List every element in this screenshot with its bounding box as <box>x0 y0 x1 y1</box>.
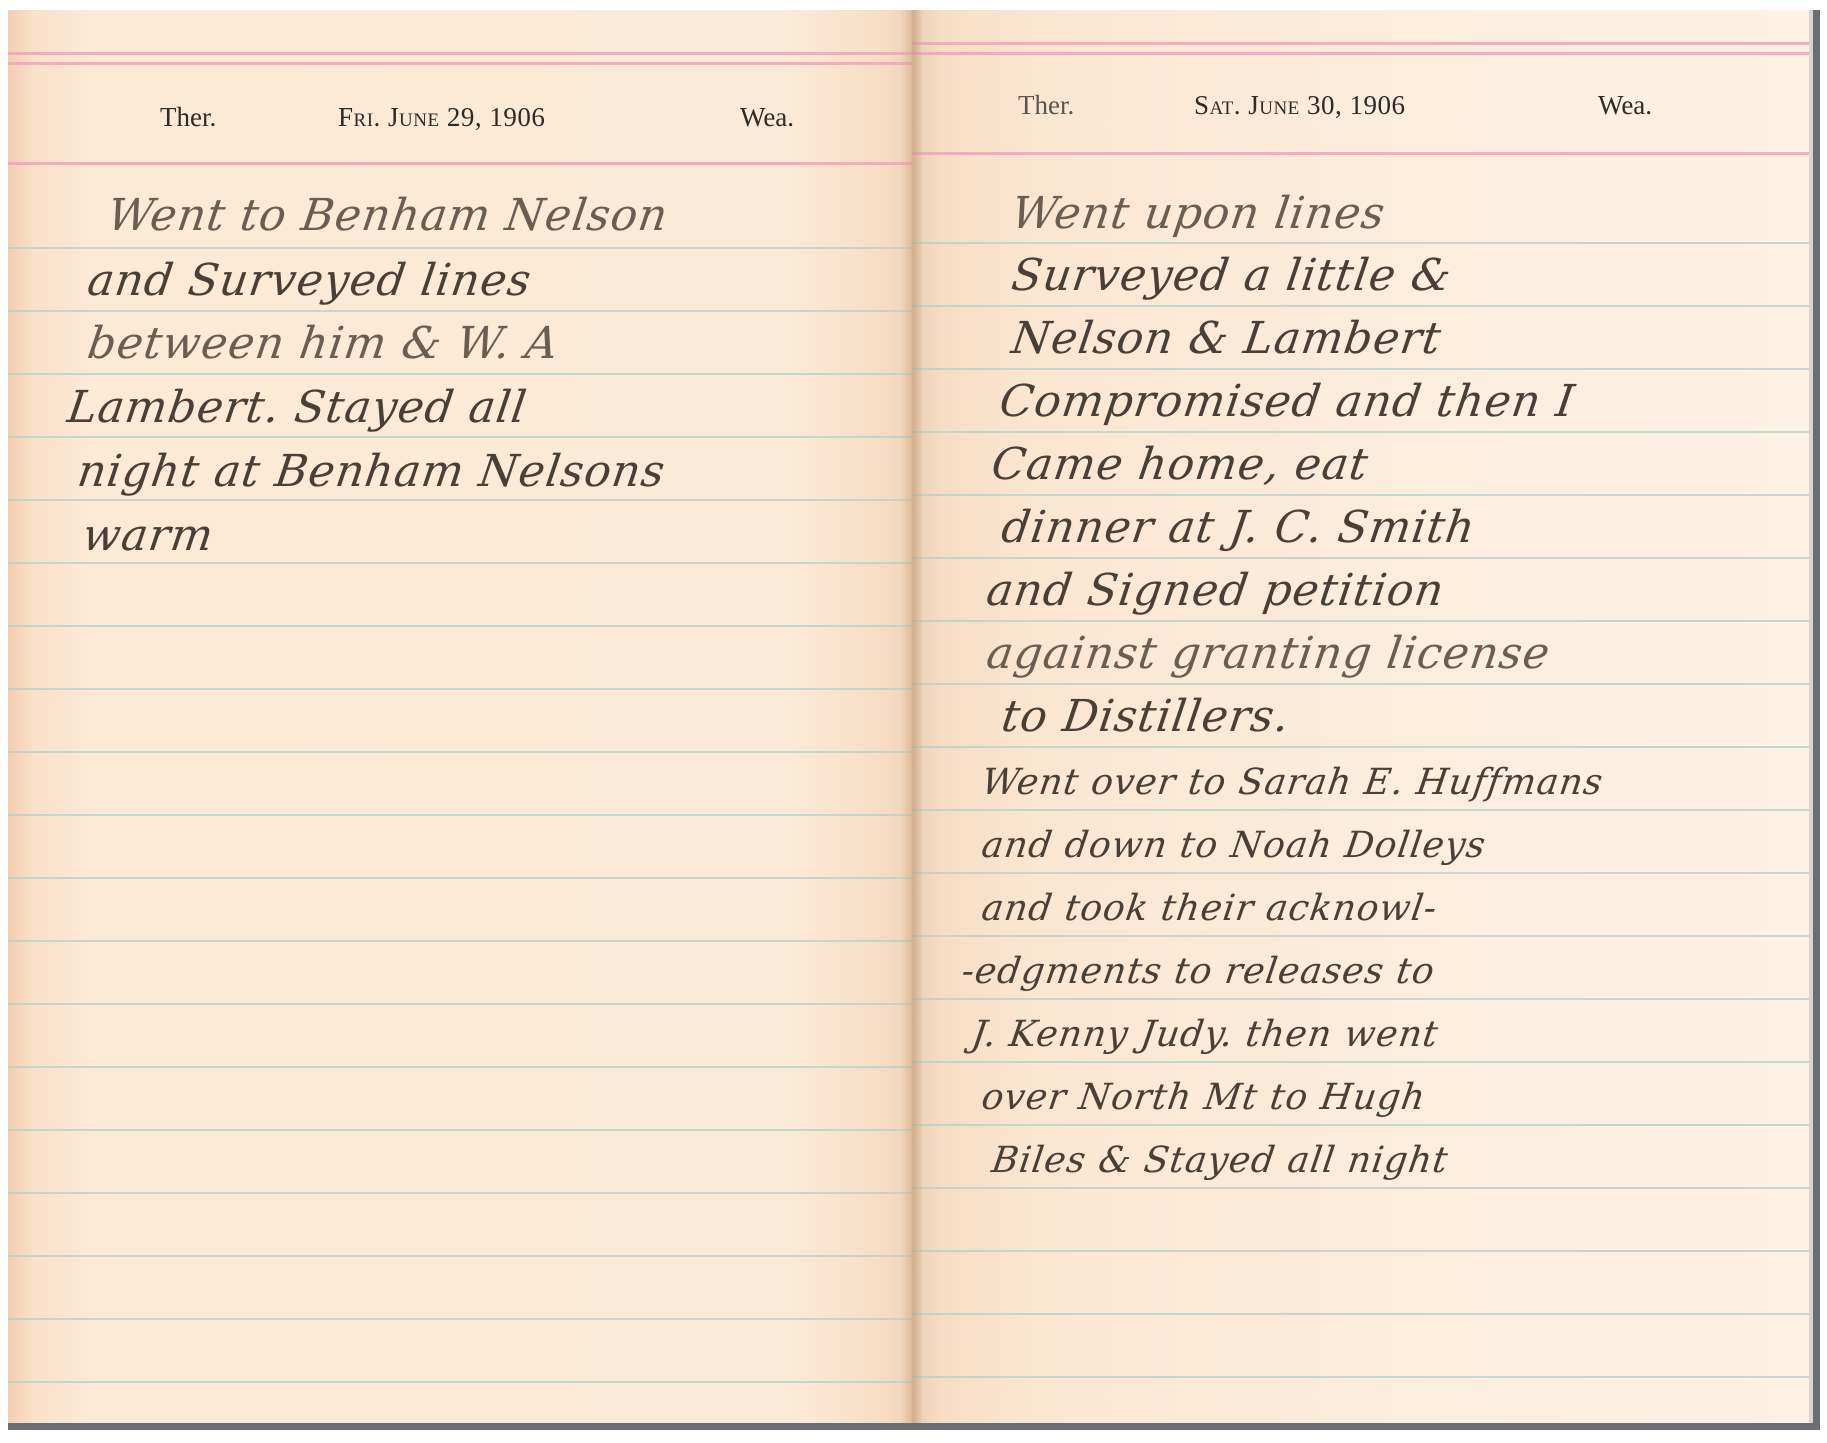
left-page: Ther. Fri. June 29, 1906 Wea. Went to Be… <box>8 10 912 1423</box>
handwritten-line: J. Kenny Judy. then went <box>969 1014 1441 1055</box>
ruled-line <box>8 1066 912 1068</box>
ruled-line <box>8 814 912 816</box>
wea-label: Wea. <box>740 102 794 133</box>
handwritten-line: dinner at J. C. Smith <box>998 502 1478 553</box>
entry-date: Sat. June 30, 1906 <box>1194 90 1406 121</box>
top-pink-rule <box>8 52 912 55</box>
right-page-header: Ther. Sat. June 30, 1906 Wea. <box>912 90 1813 130</box>
ruled-line <box>912 809 1813 811</box>
handwritten-line: Came home, eat <box>988 439 1371 490</box>
ruled-line <box>912 431 1813 433</box>
handwritten-line: -edgments to releases to <box>959 951 1438 992</box>
handwritten-line: Compromised and then I <box>996 376 1578 427</box>
header-pink-rule <box>912 152 1813 155</box>
ruled-line <box>912 683 1813 685</box>
ruled-line <box>8 310 912 312</box>
handwritten-line: Nelson & Lambert <box>1008 313 1444 364</box>
ruled-line <box>8 877 912 879</box>
handwritten-line: and down to Noah Dolleys <box>979 825 1489 866</box>
ruled-line <box>8 1318 912 1320</box>
handwritten-line: and Surveyed lines <box>84 255 534 306</box>
ruled-line <box>912 1313 1813 1315</box>
ruled-line <box>912 1124 1813 1126</box>
ruled-line <box>8 1129 912 1131</box>
handwritten-line: between him & W. A <box>84 318 562 369</box>
wea-label: Wea. <box>1598 90 1652 121</box>
ruled-line <box>8 688 912 690</box>
handwritten-line: Surveyed a little & <box>1008 250 1455 301</box>
handwritten-line: over North Mt to Hugh <box>979 1077 1428 1118</box>
ruled-line <box>8 247 912 249</box>
left-page-header: Ther. Fri. June 29, 1906 Wea. <box>8 102 912 142</box>
ruled-line <box>912 872 1813 874</box>
ruled-line <box>912 620 1813 622</box>
ruled-line <box>912 1250 1813 1252</box>
ruled-line <box>912 242 1813 244</box>
entry-date: Fri. June 29, 1906 <box>338 102 545 133</box>
handwritten-line: and Signed petition <box>983 565 1447 616</box>
diary-spread: Ther. Fri. June 29, 1906 Wea. Went to Be… <box>8 10 1820 1430</box>
ruled-line <box>8 1003 912 1005</box>
handwritten-line: Biles & Stayed all night <box>989 1140 1451 1181</box>
ruled-line <box>8 1255 912 1257</box>
ruled-line <box>8 373 912 375</box>
ruled-line <box>912 305 1813 307</box>
handwritten-line: to Distillers. <box>998 691 1293 742</box>
ruled-line <box>8 751 912 753</box>
ruled-line <box>912 368 1813 370</box>
ruled-line <box>912 1376 1813 1378</box>
top-pink-rule-2 <box>912 52 1813 55</box>
ruled-line <box>8 499 912 501</box>
ruled-line <box>912 935 1813 937</box>
handwritten-line: and took their acknowl- <box>979 888 1440 929</box>
ruled-line <box>8 1192 912 1194</box>
ruled-line <box>912 746 1813 748</box>
handwritten-line: night at Benham Nelsons <box>74 446 668 497</box>
top-pink-rule-2 <box>8 62 912 65</box>
right-page: Ther. Sat. June 30, 1906 Wea. Went upon … <box>912 10 1813 1423</box>
ruled-line <box>8 625 912 627</box>
ruled-line <box>8 562 912 564</box>
handwritten-line: Went upon lines <box>1008 188 1388 239</box>
ruled-line <box>8 436 912 438</box>
header-pink-rule <box>8 162 912 165</box>
handwritten-line: Went to Benham Nelson <box>104 190 671 241</box>
ruled-line <box>8 1381 912 1383</box>
ther-label: Ther. <box>1018 90 1074 121</box>
ruled-line <box>912 1061 1813 1063</box>
ther-label: Ther. <box>160 102 216 133</box>
handwritten-line: Lambert. Stayed all <box>64 382 530 433</box>
ruled-line <box>912 998 1813 1000</box>
ruled-line <box>912 557 1813 559</box>
handwritten-line: Went over to Sarah E. Huffmans <box>979 762 1606 803</box>
handwritten-line: against granting license <box>983 628 1553 679</box>
ruled-line <box>8 940 912 942</box>
top-pink-rule <box>912 42 1813 45</box>
ruled-line <box>912 1187 1813 1189</box>
ruled-line <box>912 494 1813 496</box>
handwritten-line: warm <box>79 510 217 561</box>
